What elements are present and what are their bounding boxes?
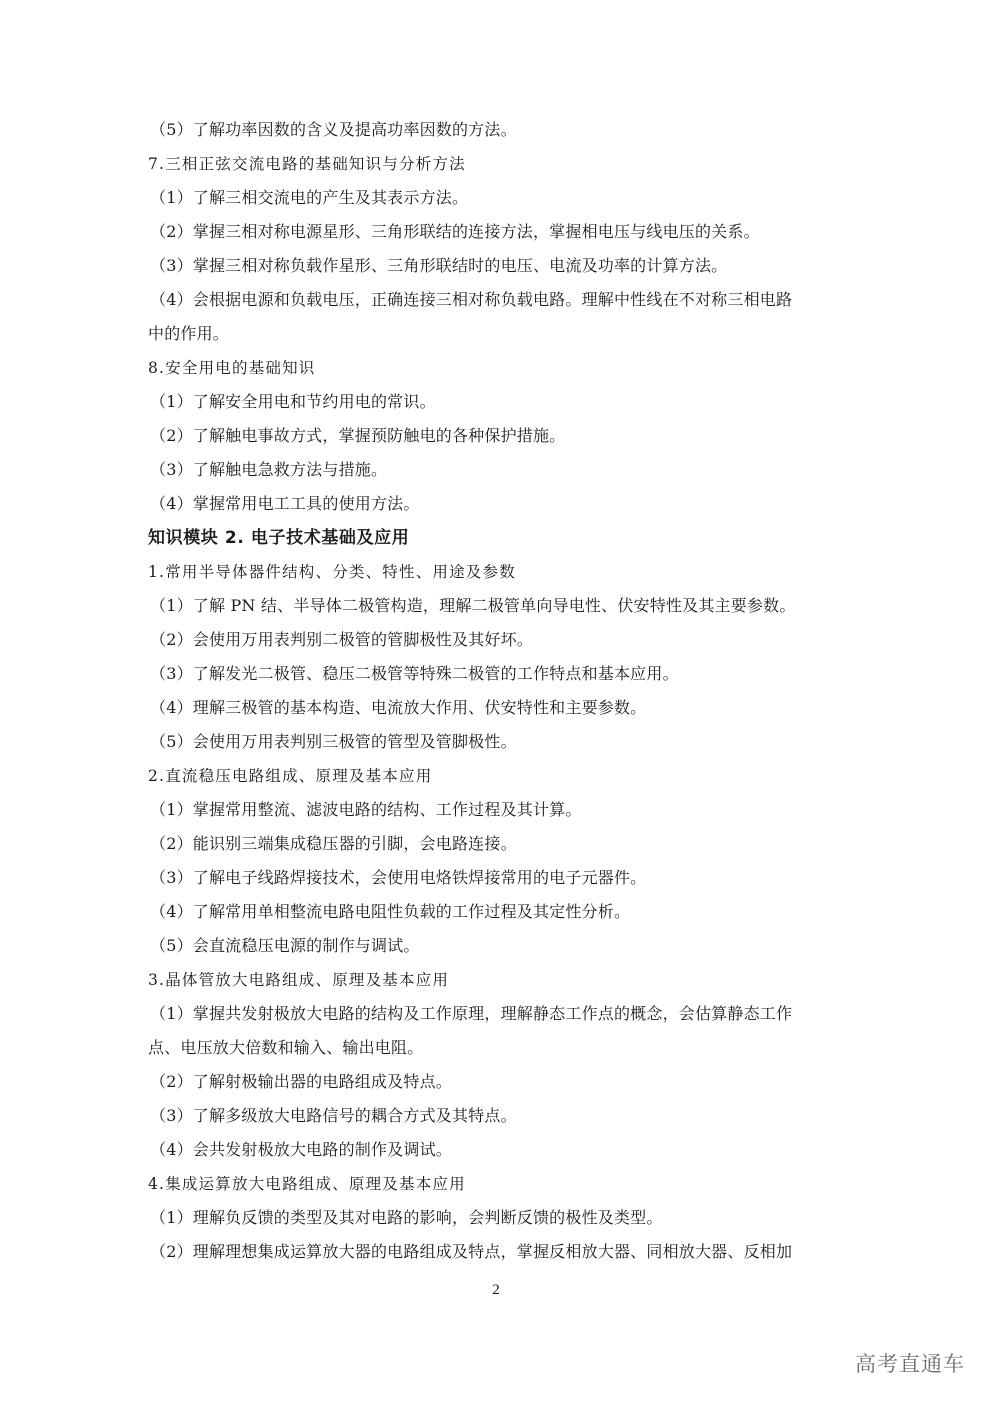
section-heading: 7.三相正弦交流电路的基础知识与分析方法 [148, 147, 848, 181]
page-number: 2 [0, 1282, 992, 1299]
list-item: （2）会使用万用表判别二极管的管脚极性及其好坏。 [148, 623, 848, 657]
list-item: （1）了解三相交流电的产生及其表示方法。 [148, 181, 848, 215]
list-item: （1）掌握常用整流、滤波电路的结构、工作过程及其计算。 [148, 793, 848, 827]
watermark-text: 高考直通车 [855, 1348, 965, 1378]
list-item: （1）了解安全用电和节约用电的常识。 [148, 385, 848, 419]
list-item: （5）了解功率因数的含义及提高功率因数的方法。 [148, 113, 848, 147]
list-item: （3）了解发光二极管、稳压二极管等特殊二极管的工作特点和基本应用。 [148, 657, 848, 691]
list-item: （3）了解多级放大电路信号的耦合方式及其特点。 [148, 1099, 848, 1133]
list-item: （2）了解射极输出器的电路组成及特点。 [148, 1065, 848, 1099]
list-item: （2）了解触电事故方式，掌握预防触电的各种保护措施。 [148, 419, 848, 453]
list-item: （3）了解触电急救方法与措施。 [148, 453, 848, 487]
section-heading: 1.常用半导体器件结构、分类、特性、用途及参数 [148, 555, 848, 589]
list-item: （4）了解常用单相整流电路电阻性负载的工作过程及其定性分析。 [148, 895, 848, 929]
list-item: （1）理解负反馈的类型及其对电路的影响，会判断反馈的极性及类型。 [148, 1201, 848, 1235]
list-item: （4）会共发射极放大电路的制作及调试。 [148, 1133, 848, 1167]
list-item-continuation: 中的作用。 [148, 317, 848, 351]
section-heading: 8.安全用电的基础知识 [148, 351, 848, 385]
module-title: 知识模块 2. 电子技术基础及应用 [148, 521, 848, 555]
list-item: （2）能识别三端集成稳压器的引脚，会电路连接。 [148, 827, 848, 861]
list-item: （4）会根据电源和负载电压，正确连接三相对称负载电路。理解中性线在不对称三相电路 [148, 283, 848, 317]
list-item: （4）掌握常用电工工具的使用方法。 [148, 487, 848, 521]
list-item: （1）掌握共发射极放大电路的结构及工作原理，理解静态工作点的概念，会估算静态工作 [148, 997, 848, 1031]
section-heading: 3.晶体管放大电路组成、原理及基本应用 [148, 963, 848, 997]
list-item: （5）会使用万用表判别三极管的管型及管脚极性。 [148, 725, 848, 759]
list-item: （2）理解理想集成运算放大器的电路组成及特点，掌握反相放大器、同相放大器、反相加 [148, 1235, 848, 1269]
list-item: （3）了解电子线路焊接技术，会使用电烙铁焊接常用的电子元器件。 [148, 861, 848, 895]
list-item: （1）了解 PN 结、半导体二极管构造，理解二极管单向导电性、伏安特性及其主要参… [148, 589, 848, 623]
section-heading: 4.集成运算放大电路组成、原理及基本应用 [148, 1167, 848, 1201]
list-item: （2）掌握三相对称电源星形、三角形联结的连接方法，掌握相电压与线电压的关系。 [148, 215, 848, 249]
list-item-continuation: 点、电压放大倍数和输入、输出电阻。 [148, 1031, 848, 1065]
list-item: （4）理解三极管的基本构造、电流放大作用、伏安特性和主要参数。 [148, 691, 848, 725]
list-item: （3）掌握三相对称负载作星形、三角形联结时的电压、电流及功率的计算方法。 [148, 249, 848, 283]
list-item: （5）会直流稳压电源的制作与调试。 [148, 929, 848, 963]
document-page-content: （5）了解功率因数的含义及提高功率因数的方法。 7.三相正弦交流电路的基础知识与… [148, 113, 848, 1269]
section-heading: 2.直流稳压电路组成、原理及基本应用 [148, 759, 848, 793]
